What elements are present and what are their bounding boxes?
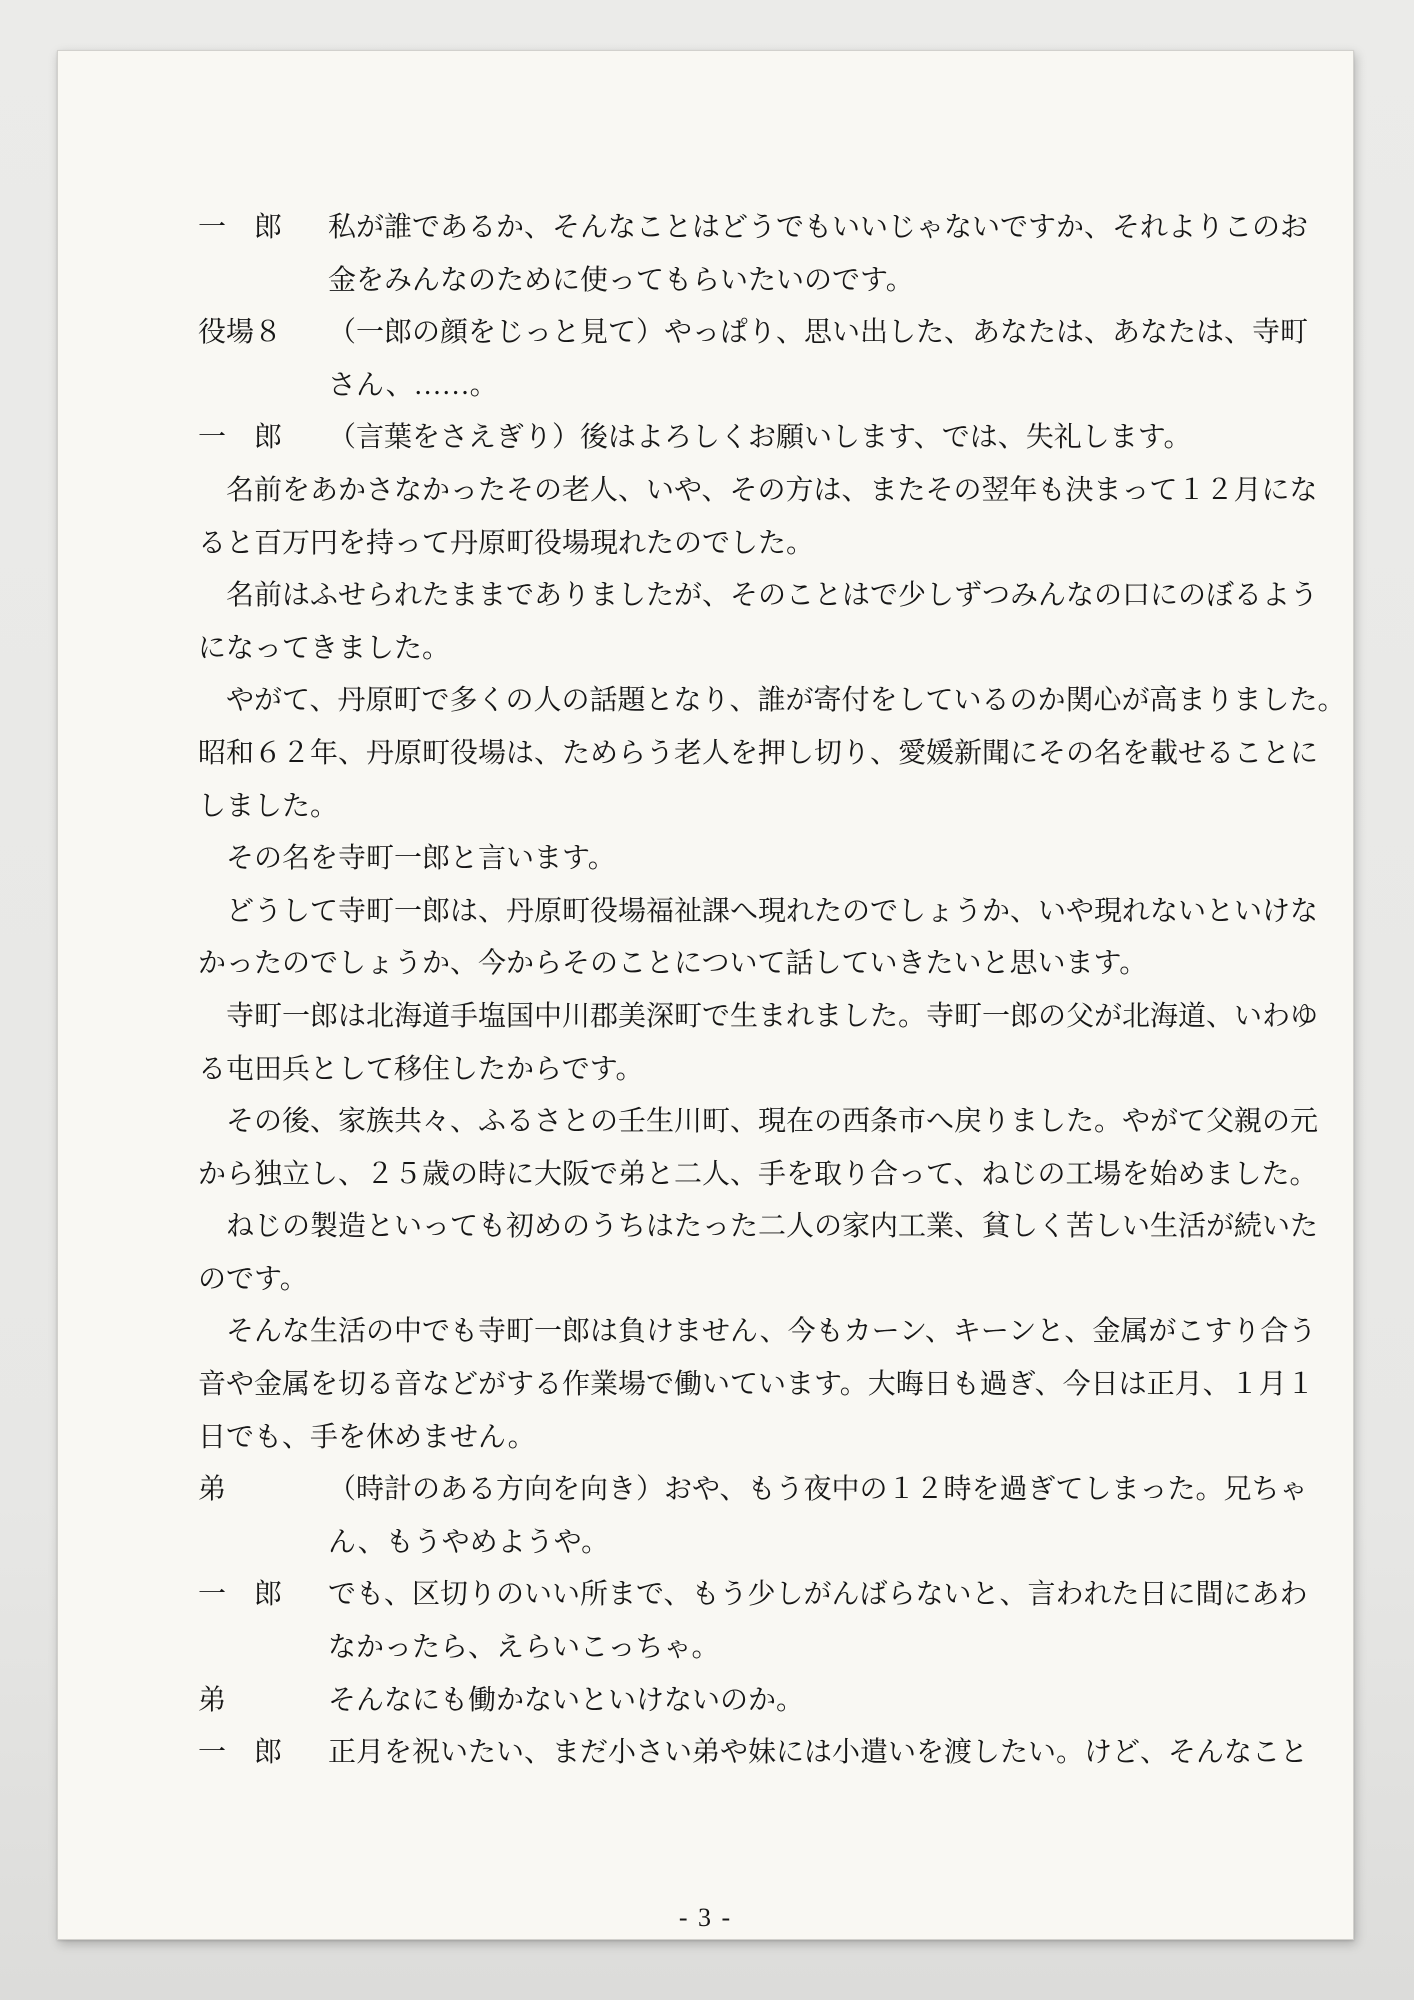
speaker-label: 一 郎	[198, 1727, 282, 1780]
script-line: どうして寺町一郎は、丹原町役場福祉課へ現れたのでしょうか、いや現れないといけな	[198, 886, 1333, 939]
line-text: その名を寺町一郎と言います。	[198, 833, 616, 886]
script-line: のです。	[198, 1254, 1333, 1307]
line-text: ん、もうやめようや。	[328, 1517, 609, 1570]
script-line: 弟そんなにも働かないといけないのか。	[198, 1675, 1333, 1728]
script-line: その名を寺町一郎と言います。	[198, 833, 1333, 886]
script-line: しました。	[198, 781, 1333, 834]
script-line: 一 郎でも、区切りのいい所まで、もう少しがんばらないと、言われた日に間にあわ	[198, 1569, 1333, 1622]
script-line: 名前はふせられたままでありましたが、そのことはで少しずつみんなの口にのぼるよう	[198, 570, 1333, 623]
script-line: 音や金属を切る音などがする作業場で働いています。大晦日も過ぎ、今日は正月、１月１	[198, 1359, 1333, 1412]
script-line: やがて、丹原町で多くの人の話題となり、誰が寄付をしているのか関心が高まりました。	[198, 675, 1333, 728]
script-line: その後、家族共々、ふるさとの壬生川町、現在の西条市へ戻りました。やがて父親の元	[198, 1096, 1333, 1149]
line-text: どうして寺町一郎は、丹原町役場福祉課へ現れたのでしょうか、いや現れないといけな	[198, 886, 1318, 939]
speaker-label: 弟	[198, 1675, 226, 1728]
script-line: かったのでしょうか、今からそのことについて話していきたいと思います。	[198, 938, 1333, 991]
script-line: 一 郎私が誰であるか、そんなことはどうでもいいじゃないですか、それよりこのお	[198, 202, 1333, 255]
line-text: さん、……。	[328, 360, 498, 413]
script-line: 日でも、手を休めません。	[198, 1412, 1333, 1465]
script-line: そんな生活の中でも寺町一郎は負けません、今もカーン、キーンと、金属がこすり合う	[198, 1306, 1333, 1359]
line-text: 日でも、手を休めません。	[198, 1412, 536, 1465]
scanned-document-background: { "colors":{ "background_top":"#ebebe9",…	[0, 0, 1414, 2000]
script-line: 寺町一郎は北海道手塩国中川郡美深町で生まれました。寺町一郎の父が北海道、いわゆ	[198, 991, 1333, 1044]
script-line: 昭和６２年、丹原町役場は、ためらう老人を押し切り、愛媛新聞にその名を載せることに	[198, 728, 1333, 781]
script-line: 一 郎正月を祝いたい、まだ小さい弟や妹には小遣いを渡したい。けど、そんなこと	[198, 1727, 1333, 1780]
script-line: 名前をあかさなかったその老人、いや、その方は、またその翌年も決まって１２月にな	[198, 465, 1333, 518]
line-text: その後、家族共々、ふるさとの壬生川町、現在の西条市へ戻りました。やがて父親の元	[198, 1096, 1318, 1149]
line-text: になってきました。	[198, 623, 450, 676]
script-line: ると百万円を持って丹原町役場現れたのでした。	[198, 518, 1333, 571]
script-line: 金をみんなのために使ってもらいたいのです。	[198, 255, 1333, 308]
document-page: 一 郎私が誰であるか、そんなことはどうでもいいじゃないですか、それよりこのお金を…	[57, 50, 1354, 1940]
speaker-label: 役場８	[198, 307, 282, 360]
line-text: ねじの製造といっても初めのうちはたった二人の家内工業、貧しく苦しい生活が続いた	[198, 1201, 1318, 1254]
script-line: 役場８（一郎の顔をじっと見て）やっぱり、思い出した、あなたは、あなたは、寺町	[198, 307, 1333, 360]
line-text: 音や金属を切る音などがする作業場で働いています。大晦日も過ぎ、今日は正月、１月１	[198, 1359, 1315, 1412]
line-text: のです。	[198, 1254, 308, 1307]
script-lines: 一 郎私が誰であるか、そんなことはどうでもいいじゃないですか、それよりこのお金を…	[198, 202, 1333, 1780]
line-text: やがて、丹原町で多くの人の話題となり、誰が寄付をしているのか関心が高まりました。	[198, 675, 1345, 728]
script-line: る屯田兵として移住したからです。	[198, 1044, 1333, 1097]
script-line: になってきました。	[198, 623, 1333, 676]
page-number: - 3 -	[58, 1903, 1353, 1933]
line-text: （一郎の顔をじっと見て）やっぱり、思い出した、あなたは、あなたは、寺町	[328, 307, 1308, 360]
line-text: 名前をあかさなかったその老人、いや、その方は、またその翌年も決まって１２月にな	[198, 465, 1317, 518]
line-text: かったのでしょうか、今からそのことについて話していきたいと思います。	[198, 938, 1147, 991]
line-text: そんなにも働かないといけないのか。	[328, 1675, 804, 1728]
line-text: なかったら、えらいこっちゃ。	[328, 1622, 719, 1675]
line-text: る屯田兵として移住したからです。	[198, 1044, 643, 1097]
line-text: から独立し、２５歳の時に大阪で弟と二人、手を取り合って、ねじの工場を始めました。	[198, 1149, 1317, 1202]
line-text: しました。	[198, 781, 338, 834]
speaker-label: 一 郎	[198, 1569, 282, 1622]
line-text: そんな生活の中でも寺町一郎は負けません、今もカーン、キーンと、金属がこすり合う	[198, 1306, 1316, 1359]
script-line: 一 郎（言葉をさえぎり）後はよろしくお願いします、では、失礼します。	[198, 412, 1333, 465]
line-text: 名前はふせられたままでありましたが、そのことはで少しずつみんなの口にのぼるよう	[198, 570, 1318, 623]
line-text: 金をみんなのために使ってもらいたいのです。	[328, 255, 914, 308]
line-text: ると百万円を持って丹原町役場現れたのでした。	[198, 518, 814, 571]
script-line: から独立し、２５歳の時に大阪で弟と二人、手を取り合って、ねじの工場を始めました。	[198, 1149, 1333, 1202]
line-text: 正月を祝いたい、まだ小さい弟や妹には小遣いを渡したい。けど、そんなこと	[328, 1727, 1308, 1780]
script-line: 弟（時計のある方向を向き）おや、もう夜中の１２時を過ぎてしまった。兄ちゃ	[198, 1464, 1333, 1517]
script-line: なかったら、えらいこっちゃ。	[198, 1622, 1333, 1675]
line-text: 私が誰であるか、そんなことはどうでもいいじゃないですか、それよりこのお	[328, 202, 1308, 255]
line-text: 寺町一郎は北海道手塩国中川郡美深町で生まれました。寺町一郎の父が北海道、いわゆ	[198, 991, 1318, 1044]
line-text: 昭和６２年、丹原町役場は、ためらう老人を押し切り、愛媛新聞にその名を載せることに	[198, 728, 1318, 781]
line-text: でも、区切りのいい所まで、もう少しがんばらないと、言われた日に間にあわ	[328, 1569, 1307, 1622]
script-line: さん、……。	[198, 360, 1333, 413]
speaker-label: 一 郎	[198, 412, 282, 465]
speaker-label: 一 郎	[198, 202, 282, 255]
speaker-label: 弟	[198, 1464, 226, 1517]
script-line: ん、もうやめようや。	[198, 1517, 1333, 1570]
line-text: （言葉をさえぎり）後はよろしくお願いします、では、失礼します。	[328, 412, 1192, 465]
script-line: ねじの製造といっても初めのうちはたった二人の家内工業、貧しく苦しい生活が続いた	[198, 1201, 1333, 1254]
line-text: （時計のある方向を向き）おや、もう夜中の１２時を過ぎてしまった。兄ちゃ	[328, 1464, 1307, 1517]
